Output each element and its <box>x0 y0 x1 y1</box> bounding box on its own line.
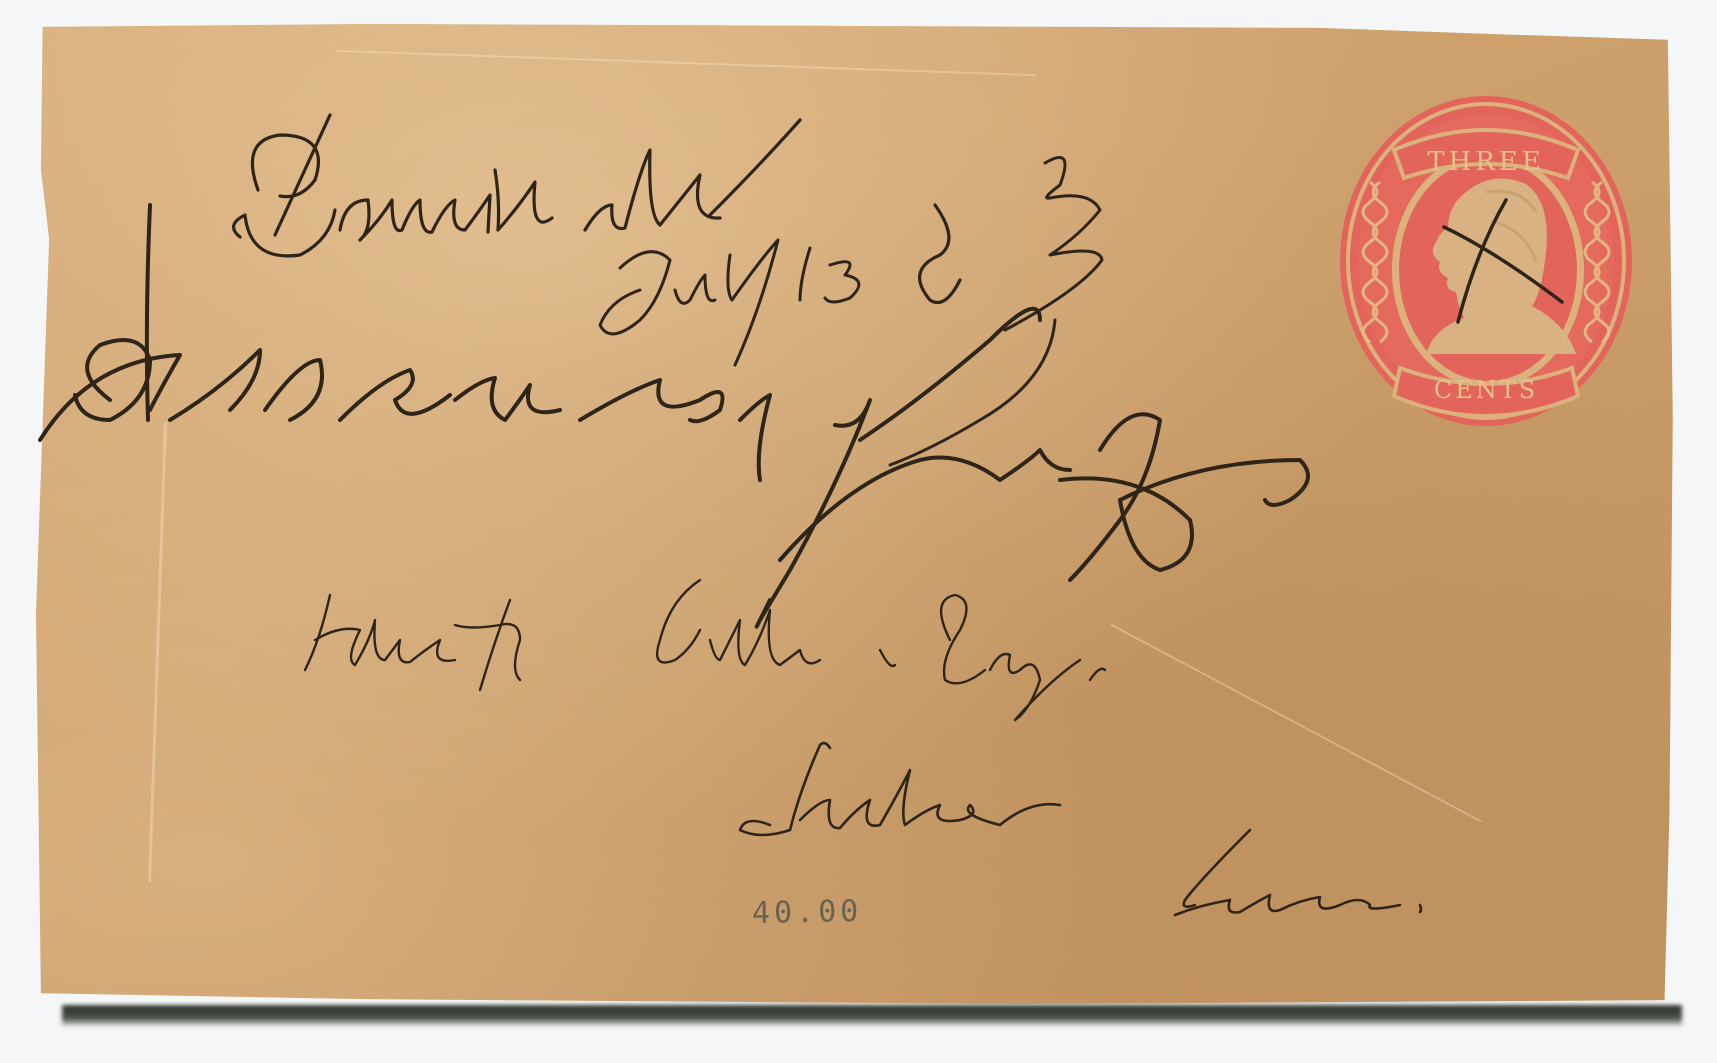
stamp-top-label: THREE <box>1427 147 1545 177</box>
crease-diagonal <box>1110 624 1482 823</box>
envelope-shadow <box>62 1005 1682 1027</box>
three-cent-stamp: THREE CENTS <box>1336 92 1636 430</box>
stamp-bottom-label: CENTS <box>1434 376 1538 404</box>
pencil-price-note: 40.00 <box>752 894 863 931</box>
crease-vertical <box>148 422 167 882</box>
crease-top <box>336 50 1036 76</box>
